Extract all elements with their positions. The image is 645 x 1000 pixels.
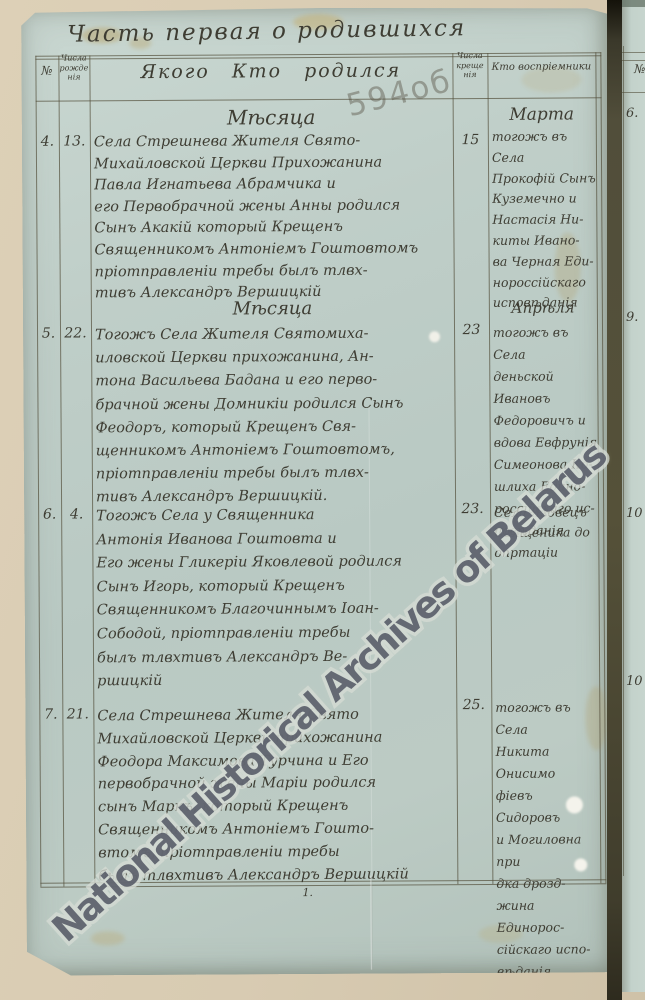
entry-record-text: Тогожъ Села у Священника Антонія Иванова… bbox=[96, 503, 455, 694]
entry-godparents-text: Села Язовецъ Священика до опртаціи bbox=[494, 502, 598, 563]
entry-baptism-day: 25. bbox=[456, 697, 491, 713]
paper-damage-spot bbox=[429, 331, 440, 342]
paper-damage-spot bbox=[566, 796, 583, 813]
adjacent-page-number: 6. bbox=[626, 106, 645, 121]
entry-number: 6. bbox=[38, 507, 61, 523]
entry-record-text: Села Стрешнева Жителя Свято Михайловской… bbox=[97, 703, 456, 888]
entry-record-text: Села Стрешнева Жителя Свято- Михайловско… bbox=[94, 130, 453, 305]
adjacent-page-hline bbox=[622, 52, 645, 53]
entry-birth-day: 4. bbox=[61, 506, 92, 522]
page-title: Часть первая о родившихся bbox=[67, 15, 497, 48]
entry-number: 4. bbox=[36, 134, 59, 150]
month-heading-right: Марта bbox=[488, 104, 596, 125]
entry-godparents-text: тогожъ въ Села Никита Онисимо фіевъ Сидо… bbox=[495, 696, 601, 983]
table-vline bbox=[600, 52, 606, 883]
column-header-baptism-date: Числа креще нія bbox=[452, 51, 487, 80]
entry-number: 7. bbox=[39, 707, 62, 723]
footer-sheet-mark: 1. bbox=[302, 886, 313, 899]
adjacent-page-number: 9. bbox=[626, 310, 645, 325]
entry-birth-day: 21. bbox=[62, 706, 93, 722]
adjacent-page-edge bbox=[622, 0, 645, 992]
scan-background: Часть первая о родившихся 594об № Числа … bbox=[0, 0, 645, 1000]
column-header-no: № bbox=[35, 64, 58, 78]
month-heading-center: Мѣсяца bbox=[90, 104, 453, 130]
adjacent-page-vline bbox=[623, 46, 624, 876]
column-header-godparents: Кто воспріемники bbox=[483, 61, 599, 73]
adjacent-page-hline bbox=[622, 60, 645, 61]
entry-baptism-day: 15 bbox=[453, 132, 488, 148]
archive-page: Часть первая о родившихся 594об № Числа … bbox=[21, 6, 615, 976]
paper-crease bbox=[370, 876, 373, 970]
column-header-who-born: Якого Кто родился bbox=[89, 59, 452, 83]
entry-birth-day: 22. bbox=[60, 325, 91, 341]
table-hline bbox=[36, 97, 602, 101]
adjacent-page-top-shade bbox=[622, 0, 645, 7]
entry-record-text: Тогожъ Села Жителя Святомиха- иловской Ц… bbox=[95, 322, 454, 510]
adjacent-page-number: 10 bbox=[626, 506, 645, 521]
entry-baptism-day: 23. bbox=[455, 501, 490, 517]
table-vline bbox=[35, 56, 41, 887]
table-vline bbox=[58, 56, 64, 887]
entry-baptism-day: 23 bbox=[454, 322, 489, 338]
adjacent-page-number: 10 bbox=[626, 674, 645, 689]
column-header-birth-date: Числа рожде нія bbox=[58, 53, 89, 82]
adjacent-page-no-header: № bbox=[634, 62, 645, 76]
paper-damage-spot bbox=[574, 858, 587, 871]
book-gutter-shadow bbox=[607, 0, 622, 1000]
entry-number: 5. bbox=[37, 326, 60, 342]
adjacent-page-hline bbox=[622, 92, 645, 93]
entry-birth-day: 13. bbox=[59, 133, 90, 149]
entry-godparents-text: тогожъ въ Села Прокофій Сынъ Куземечно и… bbox=[492, 126, 597, 314]
paper-stain bbox=[91, 931, 125, 945]
